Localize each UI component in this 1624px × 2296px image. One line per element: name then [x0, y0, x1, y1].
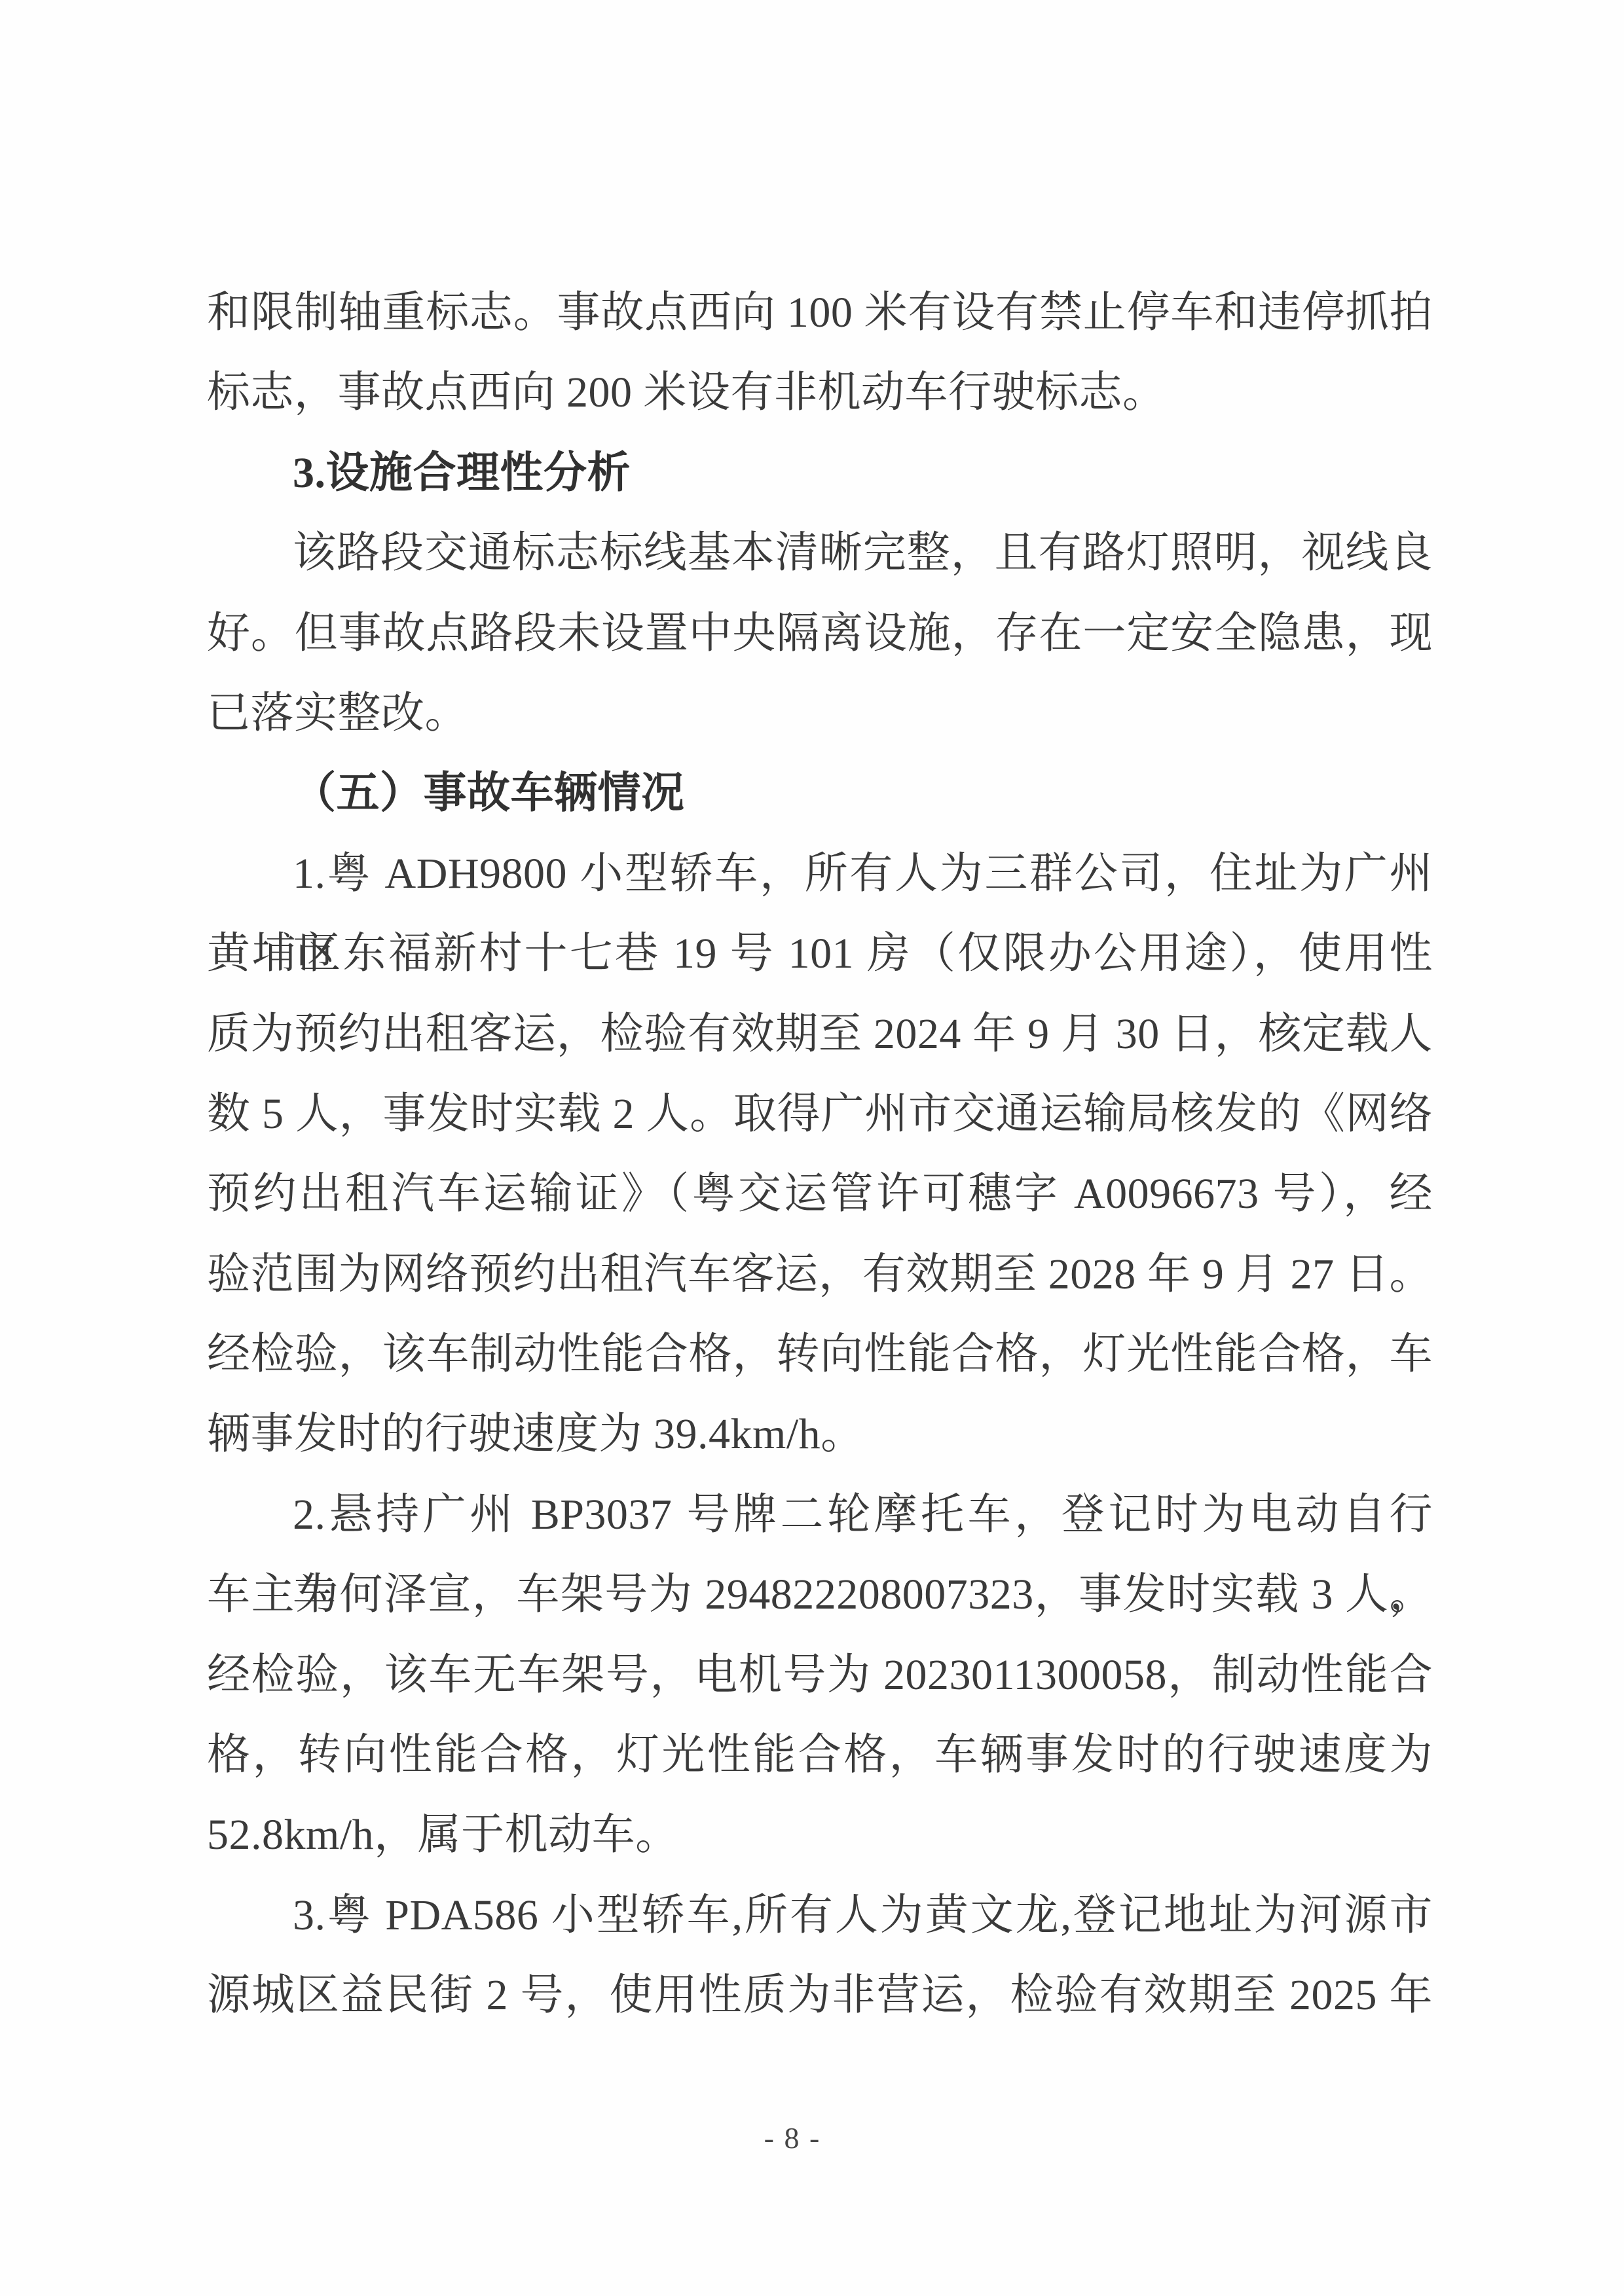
page-footer: - 8 -: [0, 2112, 1585, 2164]
body-line: 数 5 人，事发时实载 2 人。取得广州市交通运输局核发的《网络: [207, 1074, 1433, 1154]
body-line: 经检验，该车无车架号，电机号为 2023011300058，制动性能合: [207, 1635, 1433, 1715]
body-line: 好。但事故点路段未设置中央隔离设施，存在一定安全隐患，现: [207, 594, 1433, 674]
document-text-block: 和限制轴重标志。事故点西向 100 米有设有禁止停车和违停抓拍 标志，事故点西向…: [207, 273, 1433, 2036]
body-line: 验范围为网络预约出租汽车客运，有效期至 2028 年 9 月 27 日。: [207, 1235, 1433, 1315]
paragraph-vehicle-3-start: 3.粤 PDA586 小型轿车,所有人为黄文龙,登记地址为河源市: [207, 1876, 1433, 1956]
heading-accident-vehicles-section: （五）事故车辆情况: [207, 754, 1433, 833]
heading-facility-rationality-analysis: 3.设施合理性分析: [207, 433, 1433, 513]
body-line: 黄埔区东福新村十七巷 19 号 101 房（仅限办公用途），使用性: [207, 914, 1433, 994]
body-line: 车主为何泽宣，车架号为 294822208007323，事发时实载 3 人。: [207, 1555, 1433, 1635]
body-line: 经检验，该车制动性能合格，转向性能合格，灯光性能合格，车: [207, 1315, 1433, 1394]
document-page: 和限制轴重标志。事故点西向 100 米有设有禁止停车和违停抓拍 标志，事故点西向…: [0, 0, 1624, 2296]
body-line: 预约出租汽车运输证》（粤交运管许可穗字 A0096673 号），经: [207, 1154, 1433, 1234]
body-line: 辆事发时的行驶速度为 39.4km/h。: [207, 1394, 1433, 1474]
page-number: - 8 -: [764, 2121, 821, 2155]
paragraph-vehicle-2-start: 2.悬持广州 BP3037 号牌二轮摩托车，登记时为电动自行车，: [207, 1475, 1433, 1555]
body-line: 标志，事故点西向 200 米设有非机动车行驶标志。: [207, 353, 1433, 433]
body-line: 该路段交通标志标线基本清晰完整，且有路灯照明，视线良: [207, 513, 1433, 593]
body-line: 格，转向性能合格，灯光性能合格，车辆事发时的行驶速度为: [207, 1715, 1433, 1795]
body-line: 源城区益民街 2 号，使用性质为非营运，检验有效期至 2025 年: [207, 1956, 1433, 2035]
body-line: 已落实整改。: [207, 674, 1433, 754]
body-line: 和限制轴重标志。事故点西向 100 米有设有禁止停车和违停抓拍: [207, 273, 1433, 353]
body-line: 质为预约出租客运，检验有效期至 2024 年 9 月 30 日，核定载人: [207, 994, 1433, 1074]
body-line: 52.8km/h，属于机动车。: [207, 1795, 1433, 1875]
paragraph-vehicle-1-start: 1.粤 ADH9800 小型轿车，所有人为三群公司，住址为广州市: [207, 834, 1433, 914]
